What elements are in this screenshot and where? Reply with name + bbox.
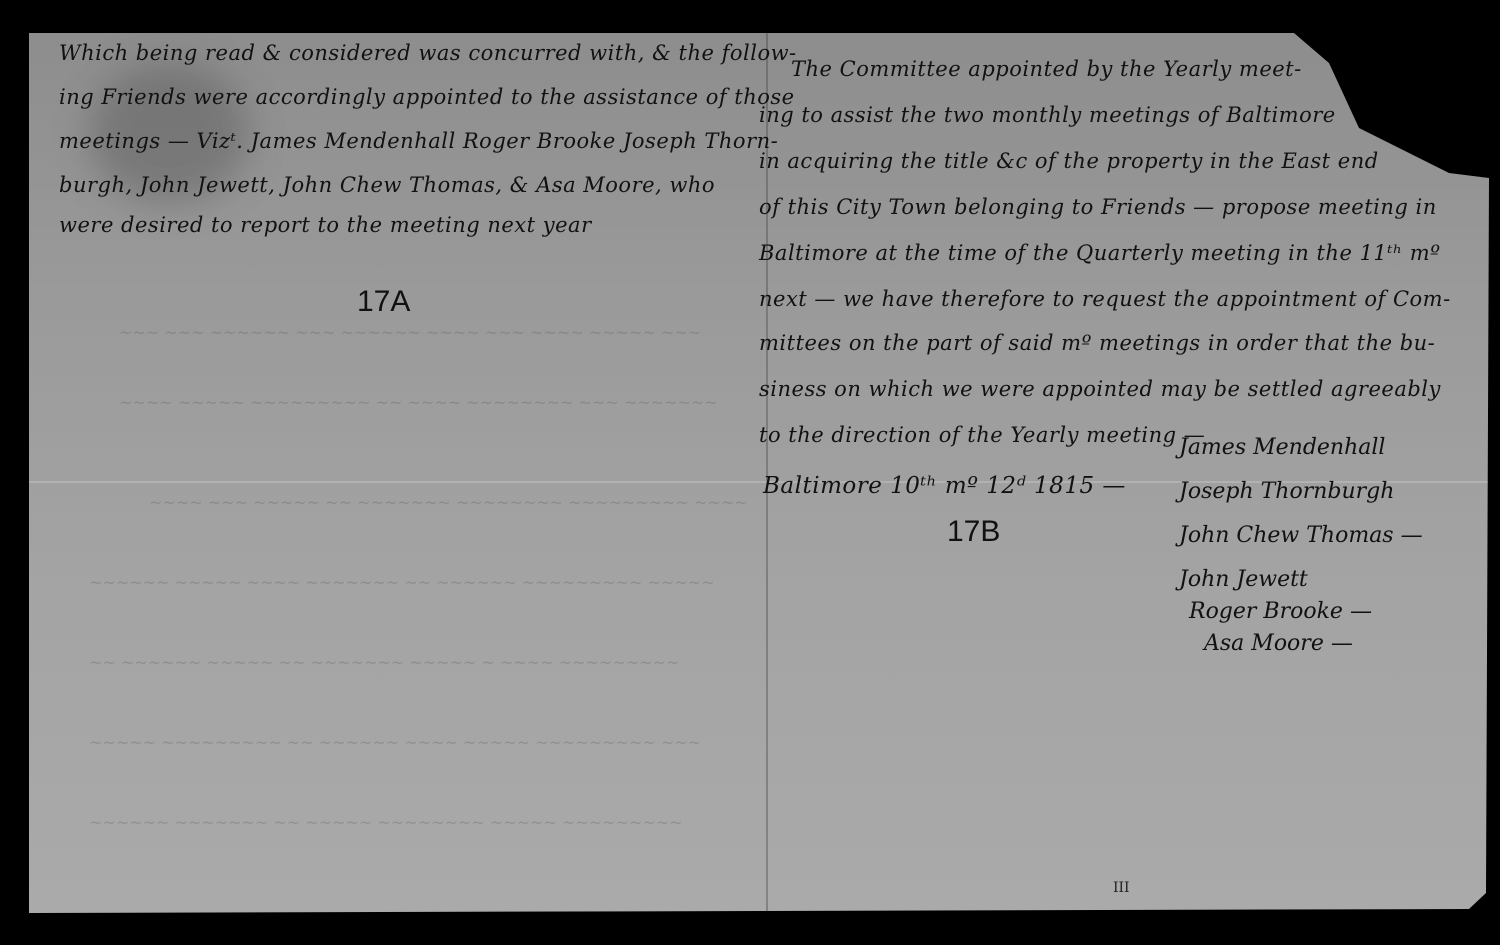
manuscript-line: in acquiring the title &c of the propert…: [759, 149, 1379, 173]
bleed-through-text: ~~~~~~ ~~~~~~~ ~~ ~~~~~ ~~~~~~~~ ~~~~~ ~…: [89, 813, 683, 832]
manuscript-line: ing to assist the two monthly meetings o…: [759, 103, 1336, 127]
signature: Roger Brooke —: [1189, 599, 1372, 624]
manuscript-line: siness on which we were appointed may be…: [759, 377, 1441, 401]
signature: Joseph Thornburgh: [1179, 479, 1394, 504]
footer-mark: III: [1113, 880, 1130, 896]
page-label-17a: 17A: [357, 285, 410, 319]
manuscript-line: The Committee appointed by the Yearly me…: [791, 57, 1302, 81]
signature: Asa Moore —: [1204, 631, 1353, 656]
bleed-through-text: ~~~~ ~~~~~ ~~~~~~~~~ ~~ ~~~~ ~~~~~~~~ ~~…: [119, 393, 718, 412]
signature: John Jewett: [1179, 567, 1308, 592]
manuscript-line: were desired to report to the meeting ne…: [59, 213, 592, 237]
bleed-through-text: ~~~ ~~~ ~~~~~~ ~~~ ~~~~~~ ~~~~ ~~~ ~~~~ …: [119, 323, 701, 342]
manuscript-line: meetings — Vizᵗ. James Mendenhall Roger …: [59, 129, 778, 153]
manuscript-line: to the direction of the Yearly meeting —: [759, 423, 1205, 447]
bleed-through-text: ~~~~~ ~~~~~~~~~ ~~ ~~~~~~ ~~~~ ~~~~~ ~~~…: [89, 733, 701, 752]
signature: James Mendenhall: [1179, 435, 1385, 460]
manuscript-line: ing Friends were accordingly appointed t…: [59, 85, 795, 109]
bleed-through-text: ~~~~~~ ~~~~~ ~~~~ ~~~~~~~ ~~ ~~~~~~ ~~~~…: [89, 573, 714, 592]
page-label-17b: 17B: [947, 515, 1000, 549]
manuscript-line: next — we have therefore to request the …: [759, 287, 1451, 311]
manuscript-line: Which being read & considered was concur…: [59, 41, 797, 65]
manuscript-line: Baltimore at the time of the Quarterly m…: [759, 241, 1441, 265]
manuscript-line: burgh, John Jewett, John Chew Thomas, & …: [59, 173, 715, 197]
signature: John Chew Thomas —: [1179, 523, 1423, 548]
manuscript-sheet: ~~~ ~~~ ~~~~~~ ~~~ ~~~~~~ ~~~~ ~~~ ~~~~ …: [29, 33, 1500, 913]
manuscript-line: of this City Town belonging to Friends —…: [759, 195, 1437, 219]
manuscript-line: mittees on the part of said mº meetings …: [759, 331, 1435, 355]
bleed-through-text: ~~~~ ~~~ ~~~~~ ~~ ~~~~~~~ ~~~~~~~~ ~~~~~…: [149, 493, 748, 512]
date-line: Baltimore 10ᵗʰ mº 12ᵈ 1815 —: [763, 473, 1126, 499]
bleed-through-text: ~~ ~~~~~~ ~~~~~ ~~ ~~~~~~~ ~~~~~ ~ ~~~~ …: [89, 653, 679, 672]
